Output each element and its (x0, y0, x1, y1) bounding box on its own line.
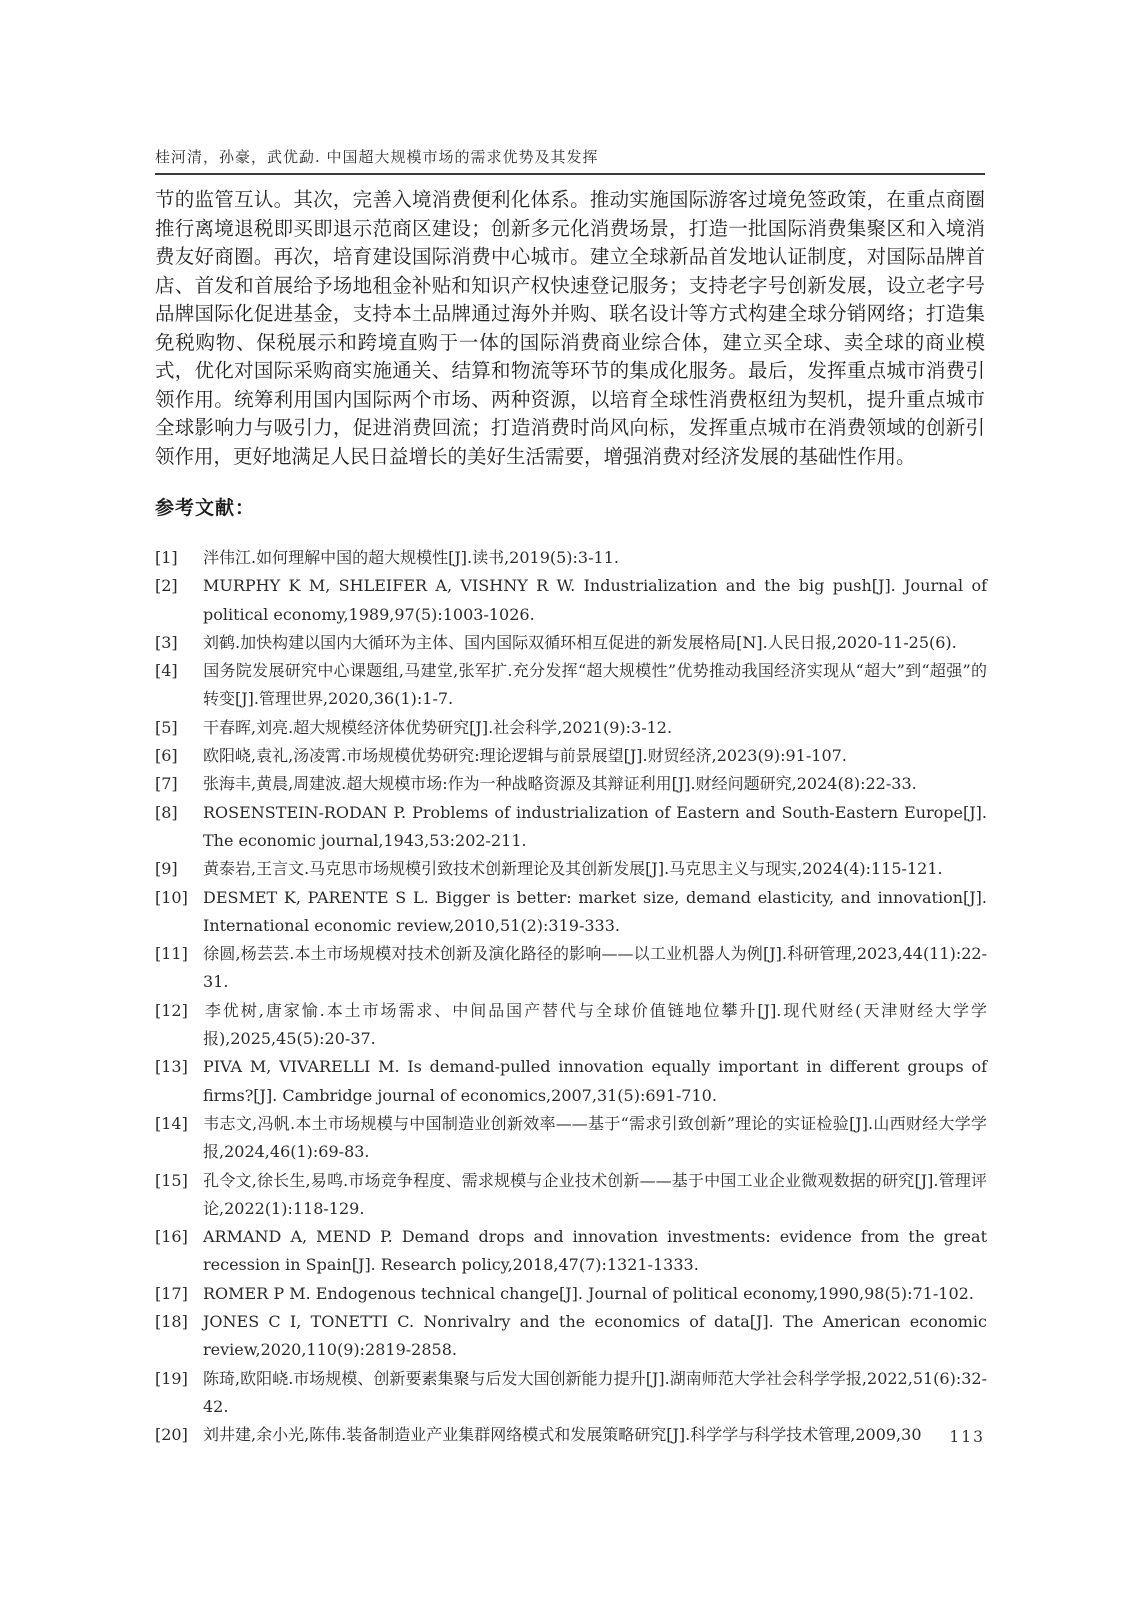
reference-text: 张海丰,黄晨,周建波.超大规模市场:作为一种战略资源及其辩证利用[J].财经问题… (203, 774, 917, 793)
reference-item: [15]孔令文,徐长生,易鸣.市场竞争程度、需求规模与企业技术创新——基于中国工… (155, 1167, 987, 1224)
reference-item: [7]张海丰,黄晨,周建波.超大规模市场:作为一种战略资源及其辩证利用[J].财… (155, 770, 987, 798)
reference-number: [18] (155, 1308, 203, 1336)
reference-text: PIVA M, VIVARELLI M. Is demand-pulled in… (203, 1057, 987, 1104)
reference-item: [12]李优树,唐家愉.本土市场需求、中间品国产替代与全球价值链地位攀升[J].… (155, 997, 987, 1054)
references-list: [1]泮伟江.如何理解中国的超大规模性[J].读书,2019(5):3-11. … (155, 544, 987, 1450)
reference-number: [12] (155, 997, 203, 1025)
reference-item: [11]徐圆,杨芸芸.本土市场规模对技术创新及演化路径的影响——以工业机器人为例… (155, 940, 987, 997)
reference-item: [10]DESMET K, PARENTE S L. Bigger is bet… (155, 884, 987, 941)
reference-number: [6] (155, 742, 203, 770)
reference-text: 黄泰岩,王言文.马克思市场规模引致技术创新理论及其创新发展[J].马克思主义与现… (203, 859, 943, 878)
reference-text: ROMER P M. Endogenous technical change[J… (203, 1284, 974, 1303)
body-text-line: 店、首发和首展给予场地租金补贴和知识产权快速登记服务；支持老字号创新发展，设立老… (155, 272, 985, 301)
reference-item: [9]黄泰岩,王言文.马克思市场规模引致技术创新理论及其创新发展[J].马克思主… (155, 855, 987, 883)
body-text-line: 品牌国际化促进基金，支持本土品牌通过海外并购、联名设计等方式构建全球分销网络；打… (155, 300, 985, 329)
body-text-line: 全球影响力与吸引力，促进消费回流；打造消费时尚风向标，发挥重点城市在消费领域的创… (155, 414, 985, 443)
references-heading: 参考文献： (155, 493, 255, 520)
reference-item: [8]ROSENSTEIN-RODAN P. Problems of indus… (155, 799, 987, 856)
reference-item: [2]MURPHY K M, SHLEIFER A, VISHNY R W. I… (155, 572, 987, 629)
header-rule (155, 173, 985, 175)
reference-number: [16] (155, 1223, 203, 1251)
reference-number: [4] (155, 657, 203, 685)
page-number: 113 (155, 1428, 985, 1446)
reference-item: [17]ROMER P M. Endogenous technical chan… (155, 1280, 987, 1308)
reference-number: [10] (155, 884, 203, 912)
reference-text: ROSENSTEIN-RODAN P. Problems of industri… (203, 803, 987, 850)
reference-item: [6]欧阳峣,袁礼,汤凌霄.市场规模优势研究:理论逻辑与前景展望[J].财贸经济… (155, 742, 987, 770)
reference-number: [9] (155, 855, 203, 883)
reference-number: [3] (155, 629, 203, 657)
reference-number: [2] (155, 572, 203, 600)
reference-text: 欧阳峣,袁礼,汤凌霄.市场规模优势研究:理论逻辑与前景展望[J].财贸经济,20… (203, 746, 847, 765)
reference-item: [5]干春晖,刘亮.超大规模经济体优势研究[J].社会科学,2021(9):3-… (155, 714, 987, 742)
reference-text: ARMAND A, MEND P. Demand drops and innov… (203, 1227, 987, 1274)
reference-text: JONES C I, TONETTI C. Nonrivalry and the… (203, 1312, 987, 1359)
reference-item: [3]刘鹤.加快构建以国内大循环为主体、国内国际双循环相互促进的新发展格局[N]… (155, 629, 987, 657)
reference-item: [13]PIVA M, VIVARELLI M. Is demand-pulle… (155, 1053, 987, 1110)
reference-item: [4]国务院发展研究中心课题组,马建堂,张军扩.充分发挥“超大规模性”优势推动我… (155, 657, 987, 714)
body-text-line: 费友好商圈。再次，培育建设国际消费中心城市。建立全球新品首发地认证制度，对国际品… (155, 243, 985, 272)
reference-number: [17] (155, 1280, 203, 1308)
reference-item: [16]ARMAND A, MEND P. Demand drops and i… (155, 1223, 987, 1280)
reference-text: 徐圆,杨芸芸.本土市场规模对技术创新及演化路径的影响——以工业机器人为例[J].… (203, 944, 987, 991)
reference-item: [1]泮伟江.如何理解中国的超大规模性[J].读书,2019(5):3-11. (155, 544, 987, 572)
reference-text: 干春晖,刘亮.超大规模经济体优势研究[J].社会科学,2021(9):3-12. (203, 718, 672, 737)
reference-number: [7] (155, 770, 203, 798)
body-text-line: 领作用，更好地满足人民日益增长的美好生活需要，增强消费对经济发展的基础性作用。 (155, 443, 985, 472)
reference-text: 刘鹤.加快构建以国内大循环为主体、国内国际双循环相互促进的新发展格局[N].人民… (203, 633, 957, 652)
reference-number: [19] (155, 1365, 203, 1393)
reference-text: 孔令文,徐长生,易鸣.市场竞争程度、需求规模与企业技术创新——基于中国工业企业微… (203, 1171, 987, 1218)
reference-text: 泮伟江.如何理解中国的超大规模性[J].读书,2019(5):3-11. (203, 548, 619, 567)
body-text-line: 式，优化对国际采购商实施通关、结算和物流等环节的集成化服务。最后，发挥重点城市消… (155, 357, 985, 386)
body-text-line: 节的监管互认。其次，完善入境消费便利化体系。推动实施国际游客过境免签政策，在重点… (155, 186, 985, 215)
body-text-line: 领作用。统筹利用国内国际两个市场、两种资源，以培育全球性消费枢纽为契机，提升重点… (155, 386, 985, 415)
reference-text: DESMET K, PARENTE S L. Bigger is better:… (203, 888, 987, 935)
reference-number: [14] (155, 1110, 203, 1138)
running-head: 桂河清，孙豪，武优勐. 中国超大规模市场的需求优势及其发挥 (155, 146, 985, 167)
reference-number: [5] (155, 714, 203, 742)
reference-number: [13] (155, 1053, 203, 1081)
body-text-line: 推行离境退税即买即退示范商区建设；创新多元化消费场景，打造一批国际消费集聚区和入… (155, 215, 985, 244)
body-paragraph: 节的监管互认。其次，完善入境消费便利化体系。推动实施国际游客过境免签政策，在重点… (155, 186, 985, 471)
body-text-line: 免税购物、保税展示和跨境直购于一体的国际消费商业综合体，建立买全球、卖全球的商业… (155, 329, 985, 358)
reference-number: [15] (155, 1167, 203, 1195)
reference-number: [1] (155, 544, 203, 572)
reference-text: 韦志文,冯帆.本土市场规模与中国制造业创新效率——基于“需求引致创新”理论的实证… (203, 1114, 987, 1161)
reference-text: 国务院发展研究中心课题组,马建堂,张军扩.充分发挥“超大规模性”优势推动我国经济… (203, 661, 987, 708)
reference-item: [19]陈琦,欧阳峣.市场规模、创新要素集聚与后发大国创新能力提升[J].湖南师… (155, 1365, 987, 1422)
reference-text: 陈琦,欧阳峣.市场规模、创新要素集聚与后发大国创新能力提升[J].湖南师范大学社… (203, 1369, 987, 1416)
reference-number: [8] (155, 799, 203, 827)
document-page: 桂河清，孙豪，武优勐. 中国超大规模市场的需求优势及其发挥 节的监管互认。其次，… (0, 0, 1140, 1600)
reference-number: [11] (155, 940, 203, 968)
reference-item: [14]韦志文,冯帆.本土市场规模与中国制造业创新效率——基于“需求引致创新”理… (155, 1110, 987, 1167)
reference-text: 李优树,唐家愉.本土市场需求、中间品国产替代与全球价值链地位攀升[J].现代财经… (203, 1001, 987, 1048)
reference-item: [18]JONES C I, TONETTI C. Nonrivalry and… (155, 1308, 987, 1365)
reference-text: MURPHY K M, SHLEIFER A, VISHNY R W. Indu… (203, 576, 987, 623)
